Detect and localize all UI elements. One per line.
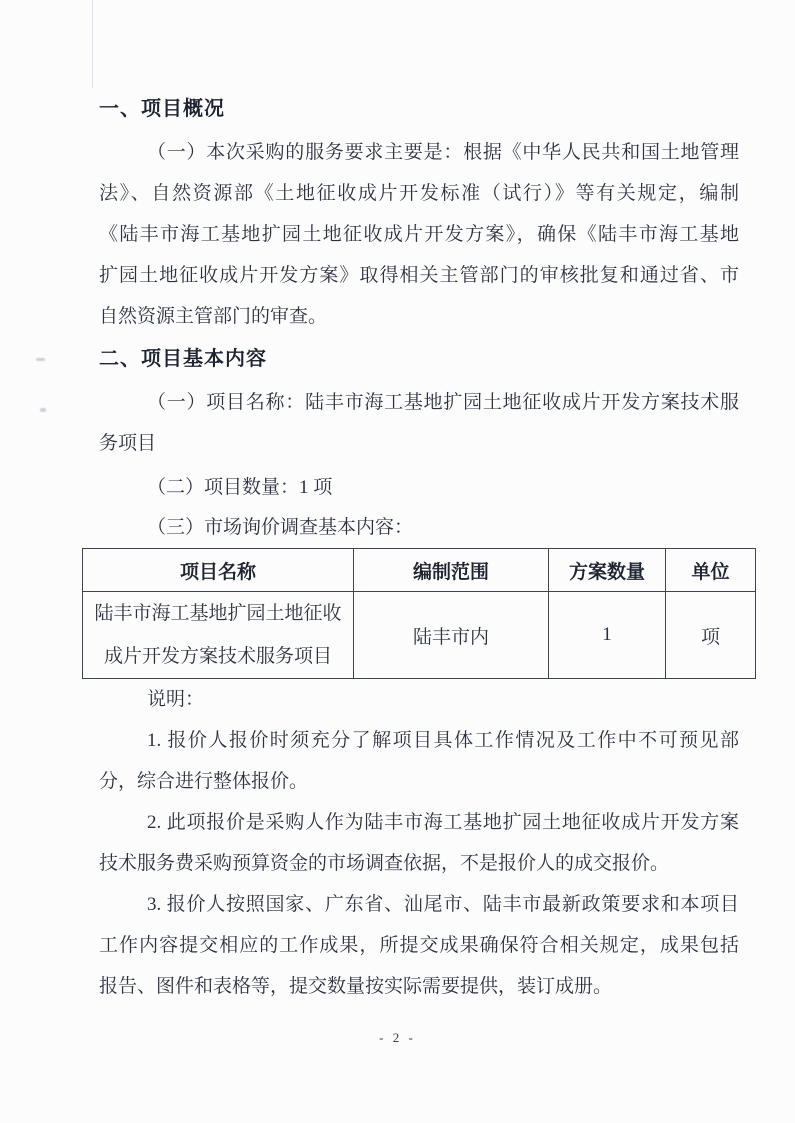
paragraph-line: 《陆丰市海工基地扩园土地征收成片开发方案》，确保《陆丰市海工基地 — [99, 214, 739, 255]
paragraph-line: 3. 报价人按照国家、广东省、汕尾市、陆丰市最新政策要求和本项目 — [99, 884, 739, 925]
paragraph-line: （一）项目名称：陆丰市海工基地扩园土地征收成片开发方案技术服 — [99, 382, 739, 423]
page-number: - 2 - — [0, 1030, 795, 1046]
inquiry-content-table: 项目名称 编制范围 方案数量 单位 陆丰市海工基地扩园土地征收 成片开发方案技术… — [82, 548, 756, 679]
scan-artifact — [40, 408, 46, 412]
table-cell-line: 陆丰市海工基地扩园土地征收 — [83, 592, 353, 635]
paragraph-line: 扩园土地征收成片开发方案》取得相关主管部门的审核批复和通过省、市 — [99, 255, 739, 296]
table-header-scope: 编制范围 — [354, 549, 549, 592]
table-cell-quantity: 1 — [549, 592, 666, 679]
paragraph-line: 2. 此项报价是采购人作为陆丰市海工基地扩园土地征收成片开发方案 — [99, 802, 739, 843]
table-cell-scope: 陆丰市内 — [354, 592, 549, 679]
scan-artifact-line — [92, 0, 93, 88]
notes-section: 说明： 1. 报价人报价时须充分了解项目具体工作情况及工作中不可预见部 分，综合… — [99, 679, 739, 1007]
table-header-project-name: 项目名称 — [83, 549, 354, 592]
notes-label: 说明： — [99, 679, 739, 720]
paragraph-line: （三）市场询价调查基本内容： — [99, 507, 739, 548]
table-row: 陆丰市海工基地扩园土地征收 成片开发方案技术服务项目 陆丰市内 1 项 — [83, 592, 756, 679]
table-cell-unit: 项 — [666, 592, 756, 679]
document-page: 一、项目概况 （一）本次采购的服务要求主要是：根据《中华人民共和国土地管理 法》… — [0, 0, 795, 1123]
item-project-quantity: （二）项目数量：1 项 — [99, 467, 739, 508]
paragraph-line: （二）项目数量：1 项 — [99, 467, 739, 508]
table-cell-project-name: 陆丰市海工基地扩园土地征收 成片开发方案技术服务项目 — [83, 592, 354, 679]
table-header-quantity: 方案数量 — [549, 549, 666, 592]
item-market-inquiry: （三）市场询价调查基本内容： — [99, 507, 739, 548]
scan-artifact — [36, 358, 45, 361]
paragraph-line: 技术服务费采购预算资金的市场调查依据，不是报价人的成交报价。 — [99, 843, 739, 884]
item-project-name: （一）项目名称：陆丰市海工基地扩园土地征收成片开发方案技术服 务项目 — [99, 382, 739, 464]
table-header-row: 项目名称 编制范围 方案数量 单位 — [83, 549, 756, 592]
section-heading-basic-content: 二、项目基本内容 — [99, 339, 739, 380]
section-heading-project-overview: 一、项目概况 — [99, 89, 739, 130]
paragraph-line: 报告、图件和表格等，提交数量按实际需要提供，装订成册。 — [99, 966, 739, 1007]
paragraph-line: （一）本次采购的服务要求主要是：根据《中华人民共和国土地管理 — [99, 132, 739, 173]
paragraph-line: 1. 报价人报价时须充分了解项目具体工作情况及工作中不可预见部 — [99, 720, 739, 761]
table-header-unit: 单位 — [666, 549, 756, 592]
paragraph-service-requirements: （一）本次采购的服务要求主要是：根据《中华人民共和国土地管理 法》、自然资源部《… — [99, 132, 739, 337]
paragraph-line: 自然资源主管部门的审查。 — [99, 296, 739, 337]
paragraph-line: 法》、自然资源部《土地征收成片开发标准（试行）》等有关规定，编制 — [99, 173, 739, 214]
paragraph-line: 分，综合进行整体报价。 — [99, 761, 739, 802]
table-cell-line: 成片开发方案技术服务项目 — [83, 635, 353, 678]
paragraph-line: 工作内容提交相应的工作成果，所提交成果确保符合相关规定，成果包括 — [99, 925, 739, 966]
paragraph-line: 务项目 — [99, 423, 739, 464]
